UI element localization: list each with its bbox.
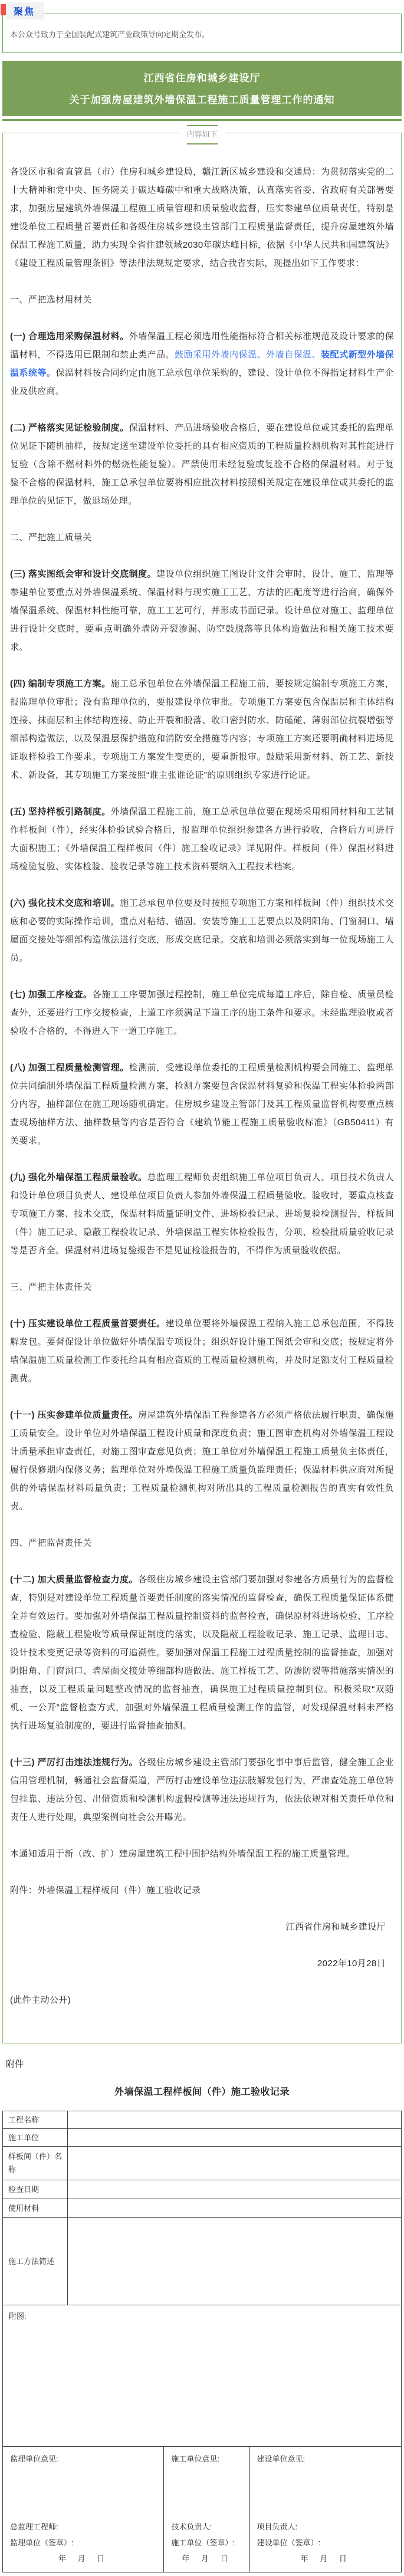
form-title: 外墙保温工程样板间（件）施工验收记录 bbox=[0, 2084, 404, 2098]
form-row-project-name: 工程名称 bbox=[3, 2111, 401, 2128]
form-row-inspection-date: 检查日期 bbox=[3, 2180, 401, 2199]
title-banner: 江西省住房和城乡建设厅 关于加强房屋建筑外墙保温工程施工质量管理工作的通知 bbox=[2, 61, 402, 116]
paragraph: 各设区市和省直管县（市）住房和城乡建设局，赣江新区城乡建设和交通局：为贯彻落实党… bbox=[10, 163, 394, 272]
paragraph: 江西省住房和城乡建设厅 bbox=[10, 1918, 394, 1936]
opinion-label: 施工单位意见: bbox=[171, 2453, 243, 2465]
paragraph: (四) 编制专项施工方案。施工总承包单位在外墙保温工程施工前，要按规定编制专项施… bbox=[10, 675, 394, 784]
form-value-blank bbox=[68, 2129, 401, 2146]
paragraph: (五) 坚持样板引路制度。外墙保温工程施工前，施工总承包单位要在现场采用相同材料… bbox=[10, 803, 394, 876]
figure-cell: 附图: bbox=[3, 2305, 401, 2446]
date-label: 年 月 日 bbox=[10, 2551, 157, 2567]
intro-box: 本公众号致力于全国装配式建筑产业政策导向定期全发布。 bbox=[2, 14, 402, 53]
date-label: 年 月 日 bbox=[257, 2551, 396, 2567]
form-label: 使用材料 bbox=[3, 2199, 68, 2217]
paragraph: 附件：外墙保温工程样板间（件）施工验收记录 bbox=[10, 1881, 394, 1900]
opinion-label: 监理单位意见: bbox=[10, 2453, 157, 2465]
form-row-method-summary: 施工方法简述 bbox=[3, 2217, 401, 2305]
divider-short-line-inner bbox=[187, 143, 218, 144]
form-row-signatures: 监理单位意见: 总监理工程师: 监理单位（签章）: 年 月 日 施工单位意见: … bbox=[3, 2446, 401, 2572]
opinion-label: 建设单位意见: bbox=[257, 2453, 396, 2465]
section-heading: 二、严把施工质量关 bbox=[10, 528, 394, 547]
paragraph: (一) 合理选用采购保温材料。外墙保温工程必须选用性能指标符合相关标准规范及设计… bbox=[10, 327, 394, 400]
form-value-blank bbox=[68, 2111, 401, 2128]
form-label: 检查日期 bbox=[3, 2180, 68, 2199]
paragraph: (此件主动公开) bbox=[10, 1991, 394, 2009]
form-label: 工程名称 bbox=[3, 2111, 68, 2128]
attachment-label: 附件 bbox=[6, 2058, 404, 2070]
section-heading: 四、严把监督责任关 bbox=[10, 1534, 394, 1552]
paragraph: 2022年10月28日 bbox=[10, 1954, 394, 1973]
form-value-blank bbox=[68, 2180, 401, 2199]
seal-label: 施工单位（签章）: bbox=[171, 2535, 243, 2551]
form-label: 施工单位 bbox=[3, 2129, 68, 2146]
role-label: 项目负责人: bbox=[257, 2519, 396, 2535]
banner-title-line1: 江西省住房和城乡建设厅 bbox=[7, 70, 397, 84]
paragraph: (十三) 严厉打击违法违规行为。各级住房城乡建设主管部门要强化事中事后监管，健全… bbox=[10, 1753, 394, 1826]
paragraph: (十二) 加大质量监督检查力度。各级住房城乡建设主管部门要加强对参建各方质量行为… bbox=[10, 1570, 394, 1735]
content-box: 内容如下 各设区市和省直管县（市）住房和城乡建设局，赣江新区城乡建设和交通局：为… bbox=[2, 133, 402, 2043]
paragraph: (九) 强化外墙保温工程质量验收。总监理工程师负责组织施工单位项目负责人、项目技… bbox=[10, 1168, 394, 1260]
content-legend: 内容如下 bbox=[178, 128, 225, 139]
paragraph: (八) 加强工程质量检测管理。检测前，受建设单位委托的工程质量检测机构要会同施工… bbox=[10, 1059, 394, 1150]
form-row-figure: 附图: bbox=[3, 2305, 401, 2446]
role-label: 总监理工程师: bbox=[10, 2519, 157, 2535]
paragraph: (十) 压实建设单位工程质量首要责任。建设单位要将外墙保温工程纳入施工总承包范围… bbox=[10, 1315, 394, 1388]
signature-col-supervision: 监理单位意见: 总监理工程师: 监理单位（签章）: 年 月 日 bbox=[3, 2447, 164, 2572]
focus-tag: 聚焦 bbox=[6, 2, 44, 19]
form-value-blank bbox=[68, 2218, 401, 2305]
section-heading: 一、严把选材用材关 bbox=[10, 291, 394, 309]
date-label: 年 月 日 bbox=[171, 2551, 243, 2567]
account-description: 本公众号致力于全国装配式建筑产业政策导向定期全发布。 bbox=[10, 28, 394, 40]
signature-col-contractor: 施工单位意见: 技术负责人: 施工单位（签章）: 年 月 日 bbox=[164, 2447, 249, 2572]
form-value-blank bbox=[68, 2147, 401, 2180]
acceptance-form-table: 工程名称 施工单位 样板间（件）名称 检查日期 使用材料 施工方法简述 附图: bbox=[2, 2111, 402, 2572]
paragraph: (三) 落实图纸会审和设计交底制度。建设单位组织施工图设计文件会审时，设计、施工… bbox=[10, 565, 394, 656]
form-row-sample-name: 样板间（件）名称 bbox=[3, 2146, 401, 2180]
divider-short-line-top bbox=[187, 125, 218, 126]
paragraph: (六) 强化技术交底和培训。施工总承包单位要及时按照专项施工方案和样板间（件）组… bbox=[10, 894, 394, 967]
banner-rule bbox=[2, 119, 402, 121]
banner-title-line2: 关于加强房屋建筑外墙保温工程施工质量管理工作的通知 bbox=[7, 91, 397, 106]
form-row-construction-unit: 施工单位 bbox=[3, 2128, 401, 2146]
form-label: 施工方法简述 bbox=[3, 2218, 68, 2305]
seal-label: 监理单位（签章）: bbox=[10, 2535, 157, 2551]
form-row-materials-used: 使用材料 bbox=[3, 2199, 401, 2217]
role-label: 技术负责人: bbox=[171, 2519, 243, 2535]
focus-header: 聚焦 本公众号致力于全国装配式建筑产业政策导向定期全发布。 bbox=[0, 0, 404, 53]
document-body: 各设区市和省直管县（市）住房和城乡建设局，赣江新区城乡建设和交通局：为贯彻落实党… bbox=[9, 163, 395, 2009]
paragraph: (七) 加强工序检查。各施工工序要加强过程控制，施工单位完成每道工序后，除自检、… bbox=[10, 985, 394, 1040]
paragraph: 本通知适用于新（改、扩）建房屋建筑工程中围护结构外墙保温工程的施工质量管理。 bbox=[10, 1845, 394, 1863]
red-corner-accent bbox=[1, 4, 6, 15]
section-heading: 三、严把主体责任关 bbox=[10, 1278, 394, 1296]
form-value-blank bbox=[68, 2199, 401, 2217]
paragraph: (二) 严格落实见证检验制度。保温材料、产品进场验收合格后，要在建设单位或其委托… bbox=[10, 419, 394, 510]
article-page: 聚焦 本公众号致力于全国装配式建筑产业政策导向定期全发布。 江西省住房和城乡建设… bbox=[0, 0, 404, 2576]
form-label: 样板间（件）名称 bbox=[3, 2147, 68, 2180]
signature-col-owner: 建设单位意见: 项目负责人: 建设单位（签章）: 年 月 日 bbox=[250, 2447, 402, 2572]
seal-label: 建设单位（签章）: bbox=[257, 2535, 396, 2551]
paragraph: (十一) 压实参建单位质量责任。房屋建筑外墙保温工程参建各方必须严格依法履行职责… bbox=[10, 1406, 394, 1516]
